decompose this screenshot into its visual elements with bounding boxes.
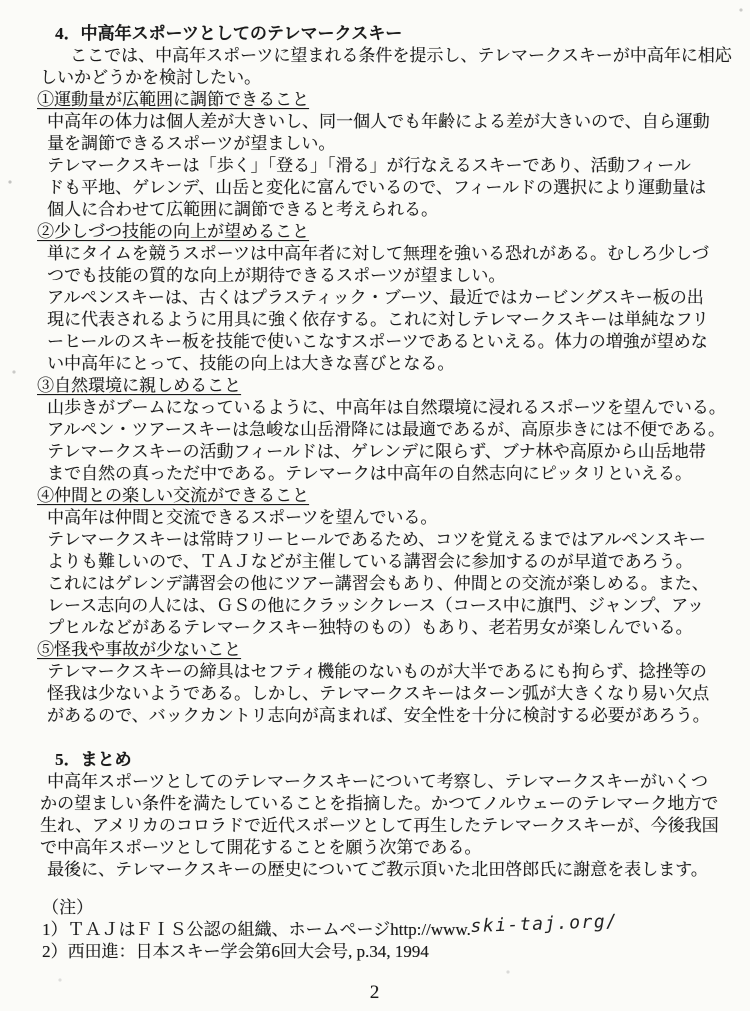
document-body: 4．中高年スポーツとしてのテレマークスキーここでは、中高年スポーツに望まれる条件… [0,23,750,963]
printed-text: テレマークスキーの締具はセフティ機能のないものが大半であるにも拘らず、捻挫等の [47,662,707,681]
note-line: 2）西田進：日本スキー学会第6回大会号, p.34, 1994 [42,941,750,963]
printed-text: 個人に合わせて広範囲に調節できると考えられる。 [47,200,438,219]
note-line: 1）ＴＡＪはＦＩＳ公認の組織、ホームページhttp://www.ski-taj.… [42,919,750,941]
item-heading-line: ①運動量が広範囲に調節できること [37,89,750,111]
body-text-line: つでも技能の質的な向上が期待できるスポーツが望ましい。 [47,265,750,287]
body-text-line: レース志向の人には、ＧＳの他にクラッシクレース（コース中に旗門、ジャンプ、アッ [47,595,750,617]
printed-text: テレマークスキーは常時フリーヒールであるため、コツを覚えるまではアルペンスキー [47,530,706,549]
printed-text: 怪我は少ないようである。しかし、テレマークスキーはターン弧が大きくなり易い欠点 [47,684,709,703]
body-text-line: 山歩きがブームになっているように、中高年は自然環境に浸れるスポーツを望んでいる。 [47,397,750,419]
printed-text: ーヒールのスキー板を技能で使いこなすスポーツであるといえる。体力の増強が望めな [47,332,708,351]
printed-text: よりも難しいので、ＴＡＪなどが主催している講習会に参加するのが早道であろう。 [47,552,693,571]
printed-text: しいかどうかを検討したい。 [40,68,261,87]
body-text-line: ドも平地、ゲレンデ、山岳と変化に富んでいるので、フィールドの選択により運動量は [47,177,750,199]
item-heading-line: ②少しづつ技能の向上が望めること [37,221,750,243]
printed-text: ②少しづつ技能の向上が望めること [37,222,309,241]
item-heading-line: ③自然環境に親しめること [37,375,750,397]
printed-text: 最後に、テレマークスキーの歴史についてご教示頂いた北田啓郎氏に謝意を表します。 [47,860,708,879]
body-text-line: まで自然の真っただ中である。テレマークは中高年の自然志向にピッタリといえる。 [47,463,750,485]
body-text-line: 個人に合わせて広範囲に調節できると考えられる。 [47,199,750,221]
printed-text: ドも平地、ゲレンデ、山岳と変化に富んでいるので、フィールドの選択により運動量は [47,178,706,197]
body-text-line: 単にタイムを競うスポーツは中高年者に対して無理を強いる恐れがある。むしろ少しづ [47,243,750,265]
body-text-line: 中高年は仲間と交流できるスポーツを望んでいる。 [47,507,750,529]
body-text-line: 量を調節できるスポーツが望ましい。 [47,133,750,155]
continuation-line: かの望ましい条件を満たしていることを指摘した。かつてノルウェーのテレマーク地方で [40,793,750,815]
item-heading-line: ④仲間との楽しい交流ができること [37,485,750,507]
printed-text: これにはゲレンデ講習会の他にツアー講習会もあり、仲間との交流が楽しめる。また、 [47,574,709,593]
printed-text: テレマークスキーは「歩く」「登る」「滑る」が行なえるスキーであり、活動フィール [47,156,691,175]
body-text-line: テレマークスキーの活動フィールドは、ゲレンデに限らず、ブナ林や高原から山岳地帯 [47,441,750,463]
body-text-line: ーヒールのスキー板を技能で使いこなすスポーツであるといえる。体力の増強が望めな [47,331,750,353]
page-number: 2 [0,982,750,1004]
body-text-line: 中高年の体力は個人差が大きいし、同一個人でも年齢による差が大きいので、自ら運動 [47,111,750,133]
printed-text: 2）西田進：日本スキー学会第6回大会号, p.34, 1994 [42,942,429,961]
printed-text: （注） [42,898,93,917]
printed-text: 現に代表されるように用具に強く依存する。これに対しテレマークスキーは単純なフリ [47,310,709,329]
printed-text: 中高年は仲間と交流できるスポーツを望んでいる。 [47,508,437,527]
printed-text: い中高年にとって、技能の向上は大きな喜びとなる。 [47,354,454,373]
printed-text: 5．まとめ [55,750,132,769]
printed-text: 山歩きがブームになっているように、中高年は自然環境に浸れるスポーツを望んでいる。 [47,398,726,417]
continuation-line: 生れ、アメリカのコロラドで近代スポーツとして再生したテレマークスキーが、今後我国 [40,815,750,837]
body-text-line: い中高年にとって、技能の向上は大きな喜びとなる。 [47,353,750,375]
note-line: （注） [42,897,750,919]
printed-text: ①運動量が広範囲に調節できること [37,90,309,109]
handwritten-url: ski-taj.org/ [470,911,619,938]
body-text-line: プヒルなどがあるテレマークスキー独特のもの）もあり、老若男女が楽しんでいる。 [47,617,750,639]
body-text-line: これにはゲレンデ講習会の他にツアー講習会もあり、仲間との交流が楽しめる。また、 [47,573,750,595]
section-heading-line: 5．まとめ [55,749,750,771]
printed-text: 中高年スポーツとしてのテレマークスキーについて考察し、テレマークスキーがいくつ [47,772,708,791]
printed-text: があるので、バックカントリ志向が高まれば、安全性を十分に検討する必要があろう。 [47,706,710,725]
printed-text: 中高年の体力は個人差が大きいし、同一個人でも年齢による差が大きいので、自ら運動 [47,112,710,131]
body-text-line: があるので、バックカントリ志向が高まれば、安全性を十分に検討する必要があろう。 [47,705,750,727]
printed-text: アルペンスキーは、古くはプラスティック・ブーツ、最近ではカービングスキー板の出 [47,288,704,307]
printed-text: ④仲間との楽しい交流ができること [37,486,309,505]
printed-text: アルペン・ツアースキーは急峻な山岳滑降には最適であるが、高原歩きには不便である。 [47,420,725,439]
printed-text: ここでは、中高年スポーツに望まれる条件を提示し、テレマークスキーが中高年に相応 [70,46,732,65]
printed-text: 4．中高年スポーツとしてのテレマークスキー [55,24,402,43]
section-heading-line: 4．中高年スポーツとしてのテレマークスキー [55,23,750,45]
body-text-line: 最後に、テレマークスキーの歴史についてご教示頂いた北田啓郎氏に謝意を表します。 [47,859,750,881]
scanned-document-page: 4．中高年スポーツとしてのテレマークスキーここでは、中高年スポーツに望まれる条件… [0,0,750,1011]
printed-text: ⑤怪我や事故が少ないこと [37,640,241,659]
body-text-line: テレマークスキーは常時フリーヒールであるため、コツを覚えるまではアルペンスキー [47,529,750,551]
printed-text: 量を調節できるスポーツが望ましい。 [47,134,335,153]
printed-text: つでも技能の質的な向上が期待できるスポーツが望ましい。 [47,266,505,285]
printed-text: テレマークスキーの活動フィールドは、ゲレンデに限らず、ブナ林や高原から山岳地帯 [47,442,706,461]
printed-text: で中高年スポーツとして開花することを願う次第である。 [40,838,481,857]
continuation-line: しいかどうかを検討したい。 [40,67,750,89]
body-text-line: 現に代表されるように用具に強く依存する。これに対しテレマークスキーは単純なフリ [47,309,750,331]
printed-text: プヒルなどがあるテレマークスキー独特のもの）もあり、老若男女が楽しんでいる。 [47,618,693,637]
body-text-line: アルペンスキーは、古くはプラスティック・ブーツ、最近ではカービングスキー板の出 [47,287,750,309]
printed-text: 単にタイムを競うスポーツは中高年者に対して無理を強いる恐れがある。むしろ少しづ [47,244,709,263]
continuation-line: で中高年スポーツとして開花することを願う次第である。 [40,837,750,859]
printed-text: レース志向の人には、ＧＳの他にクラッシクレース（コース中に旗門、ジャンプ、アッ [47,596,704,615]
printed-text: 生れ、アメリカのコロラドで近代スポーツとして再生したテレマークスキーが、今後我国 [40,816,719,835]
body-text-line: アルペン・ツアースキーは急峻な山岳滑降には最適であるが、高原歩きには不便である。 [47,419,750,441]
body-text-line: 怪我は少ないようである。しかし、テレマークスキーはターン弧が大きくなり易い欠点 [47,683,750,705]
body-text-line: テレマークスキーは「歩く」「登る」「滑る」が行なえるスキーであり、活動フィール [47,155,750,177]
body-text-line: よりも難しいので、ＴＡＪなどが主催している講習会に参加するのが早道であろう。 [47,551,750,573]
body-text-line: テレマークスキーの締具はセフティ機能のないものが大半であるにも拘らず、捻挫等の [47,661,750,683]
item-heading-line: ⑤怪我や事故が少ないこと [37,639,750,661]
paragraph-first-line: ここでは、中高年スポーツに望まれる条件を提示し、テレマークスキーが中高年に相応 [70,45,750,67]
body-text-line: 中高年スポーツとしてのテレマークスキーについて考察し、テレマークスキーがいくつ [47,771,750,793]
printed-text: かの望ましい条件を満たしていることを指摘した。かつてノルウェーのテレマーク地方で [40,794,718,813]
printed-text: 1）ＴＡＪはＦＩＳ公認の組織、ホームページhttp://www. [42,920,471,939]
printed-text: ③自然環境に親しめること [37,376,241,395]
printed-text: まで自然の真っただ中である。テレマークは中高年の自然志向にピッタリといえる。 [47,464,692,483]
